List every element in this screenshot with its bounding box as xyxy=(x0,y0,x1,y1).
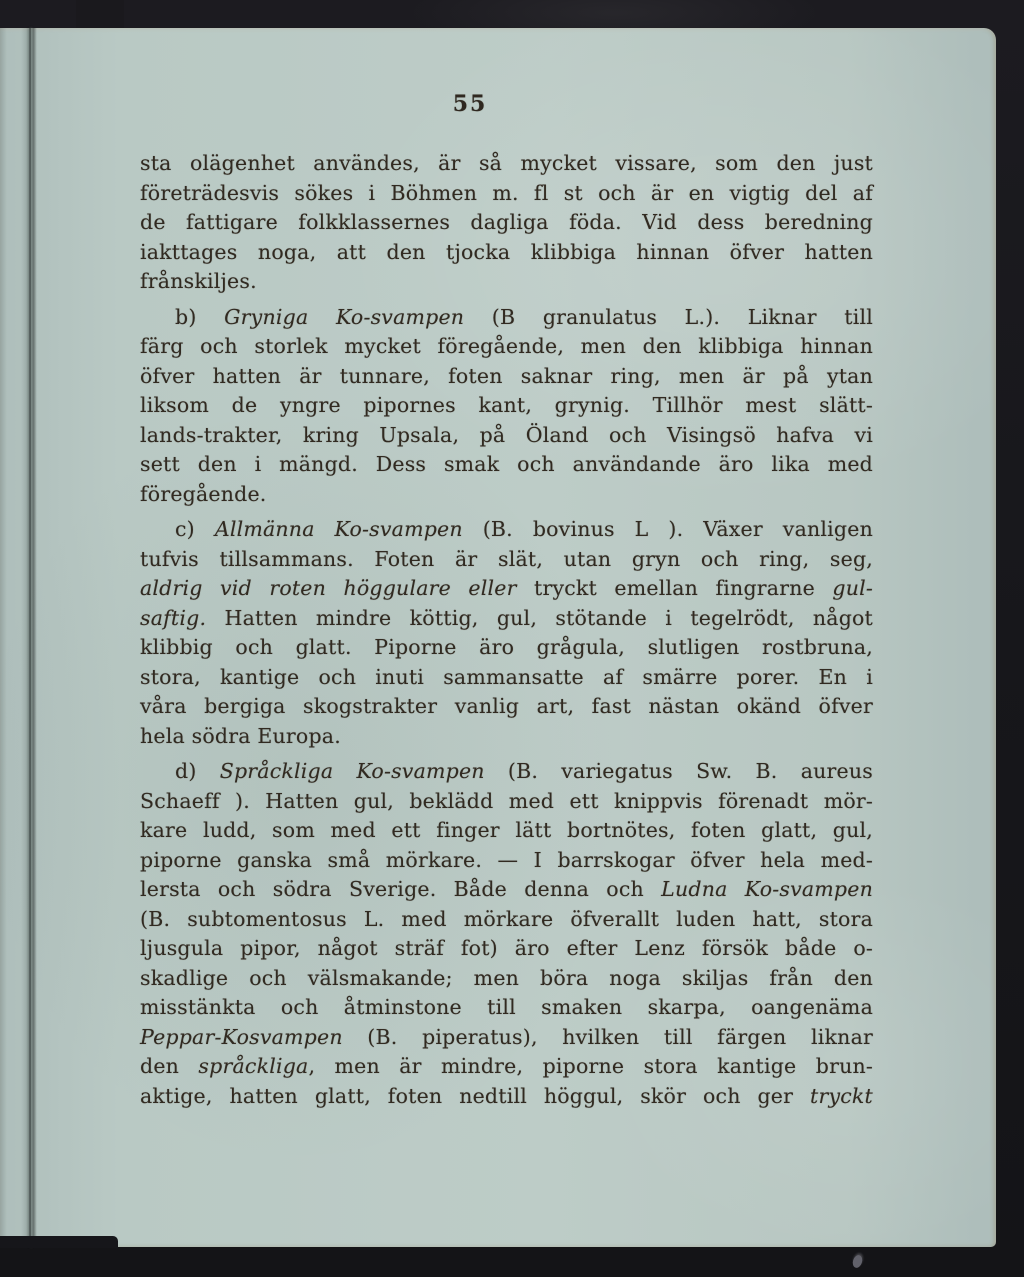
text-line: stora, kantige och inuti sammansatte af … xyxy=(140,663,873,693)
text-line: c) Allmänna Ko-svampen (B. bovinus L ). … xyxy=(140,515,873,545)
text-line: piporne ganska små mörkare. — I barrskog… xyxy=(140,846,873,876)
text-line: iakttages noga, att den tjocka klibbiga … xyxy=(140,238,873,268)
text-line: den språckliga, men är mindre, piporne s… xyxy=(140,1052,873,1082)
text-line: hela södra Europa. xyxy=(140,722,873,752)
text-line: öfver hatten är tunnare, foten saknar ri… xyxy=(140,362,873,392)
text-line: saftig. Hatten mindre köttig, gul, stöta… xyxy=(140,604,873,634)
text-line: klibbig och glatt. Piporne äro grågula, … xyxy=(140,633,873,663)
gutter-crease xyxy=(0,28,38,1247)
text-paragraph-section-b: b) Gryniga Ko-svampen (B granulatus L.).… xyxy=(140,297,873,510)
text-line: (B. subtomentosus L. med mörkare öfveral… xyxy=(140,905,873,935)
bottom-left-page-edge xyxy=(0,1236,118,1248)
text-line: frånskiljes. xyxy=(140,267,873,297)
text-line: liksom de yngre pipornes kant, grynig. T… xyxy=(140,391,873,421)
text-line: misstänkta och åtminstone till smaken sk… xyxy=(140,993,873,1023)
text-paragraph-section-c: c) Allmänna Ko-svampen (B. bovinus L ). … xyxy=(140,509,873,751)
text-line: sett den i mängd. Dess smak och användan… xyxy=(140,450,873,480)
text-line: b) Gryniga Ko-svampen (B granulatus L.).… xyxy=(140,303,873,333)
book-page: 55 sta olägenhet användes, är så mycket … xyxy=(0,28,996,1247)
text-line: föregående. xyxy=(140,480,873,510)
text-line: företrädesvis sökes i Böhmen m. fl st oc… xyxy=(140,179,873,209)
text-line: skadlige och välsmakande; men böra noga … xyxy=(140,964,873,994)
text-line: de fattigare folkklassernes dagliga föda… xyxy=(140,208,873,238)
text-line: sta olägenhet användes, är så mycket vis… xyxy=(140,149,873,179)
text-line: våra bergiga skogstrakter vanlig art, fa… xyxy=(140,692,873,722)
page-text: sta olägenhet användes, är så mycket vis… xyxy=(140,149,873,1111)
text-line: d) Språckliga Ko-svampen (B. variegatus … xyxy=(140,757,873,787)
text-line: lersta och södra Sverige. Både denna och… xyxy=(140,875,873,905)
text-line: aktige, hatten glatt, foten nedtill högg… xyxy=(140,1082,873,1112)
scanned-book-photo: 55 sta olägenhet användes, är så mycket … xyxy=(0,0,1024,1277)
text-paragraph-section-d: d) Språckliga Ko-svampen (B. variegatus … xyxy=(140,751,873,1111)
text-line: aldrig vid roten höggulare eller tryckt … xyxy=(140,574,873,604)
text-line: tufvis tillsammans. Foten är slät, utan … xyxy=(140,545,873,575)
paper-speck xyxy=(851,1254,864,1269)
text-line: färg och storlek mycket föregående, men … xyxy=(140,332,873,362)
text-line: lands-trakter, kring Upsala, på Öland oc… xyxy=(140,421,873,451)
text-line: Peppar-Kosvampen (B. piperatus), hvilken… xyxy=(140,1023,873,1053)
text-line: kare ludd, som med ett finger lätt bortn… xyxy=(140,816,873,846)
page-number: 55 xyxy=(0,91,940,117)
text-line: Schaeff ). Hatten gul, beklädd med ett k… xyxy=(140,787,873,817)
text-paragraph-continuation-paragraph: sta olägenhet användes, är så mycket vis… xyxy=(140,149,873,297)
text-line: ljusgula pipor, något sträf fot) äro eft… xyxy=(140,934,873,964)
